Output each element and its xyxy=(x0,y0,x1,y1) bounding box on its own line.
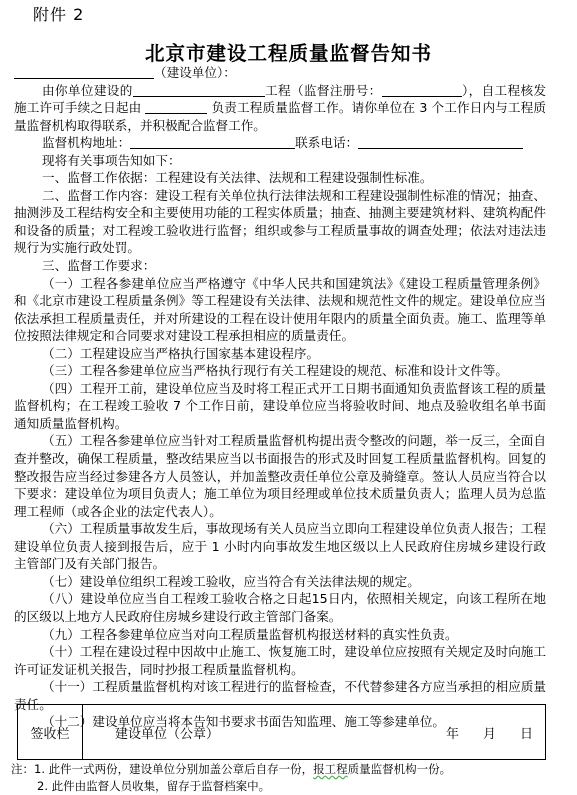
project-name-blank[interactable] xyxy=(133,83,265,97)
section-1: 一、监督工作依据：工程建设有关法律、法规和工程建设强制性标准。 xyxy=(14,169,546,187)
note-2: 2. 此件由监督人员收集，留存于监督档案中。 xyxy=(11,778,451,795)
signature-date: 年 月 日 xyxy=(446,723,533,742)
section-3: 三、监督工作要求： xyxy=(14,257,546,275)
document-title: 北京市建设工程质量监督告知书 xyxy=(0,38,577,66)
supervision-agency-blank[interactable] xyxy=(145,100,207,114)
section-2: 二、监督工作内容：建设工程有关单位执行法律法规和工程建设强制性标准的情况；抽查、… xyxy=(14,187,546,257)
attachment-label: 附件 2 xyxy=(33,2,84,25)
intro-paragraph: 由你单位建设的工程（监督注册号：），自工程核发施工许可手续之日起由 负责工程质量… xyxy=(14,82,546,135)
signature-label: 签收栏 xyxy=(18,705,83,759)
signature-table: 签收栏 建设单位（公章） 年 月 日 xyxy=(17,704,546,760)
requirement-9: （九）工程各参建单位应当对向工程质量监督机构报送材料的真实性负责。 xyxy=(14,626,546,644)
phone-blank[interactable] xyxy=(358,135,523,149)
requirement-7: （七）建设单位组织工程竣工验收，应当符合有关法律法规的规定。 xyxy=(14,573,546,591)
note-1: 注：1. 此件一式两份，建设单位分别加盖公章后自存一份，报工程质量监督机构一份。 xyxy=(11,761,451,778)
requirement-5: （五）工程各参建单位应当针对工程质量监督机构提出责令整改的问题，举一反三，全面自… xyxy=(14,432,546,520)
address-blank[interactable] xyxy=(130,135,295,149)
year-label: 年 xyxy=(446,723,459,742)
registration-number-blank[interactable] xyxy=(382,83,462,97)
lead-line: 现将有关事项告知如下： xyxy=(14,152,546,170)
addressee-line: （建设单位）： xyxy=(14,64,546,82)
spellcheck-mark: 报工程 xyxy=(313,762,348,776)
day-label: 日 xyxy=(520,723,533,742)
month-label: 月 xyxy=(483,723,496,742)
addressee-blank[interactable] xyxy=(14,65,154,79)
requirement-8: （八）建设单位应当自工程竣工验收合格之日起15日内，依照相关规定，向该工程所在地… xyxy=(14,590,546,625)
requirement-2: （二）工程建设应当严格执行国家基本建设程序。 xyxy=(14,345,546,363)
requirement-1: （一）工程各参建单位应当严格遵守《中华人民共和国建筑法》《建设工程质量管理条例》… xyxy=(14,275,546,345)
requirement-3: （三）工程各参建单位应当严格执行现行有关工程建设的规范、标准和设计文件等。 xyxy=(14,362,546,380)
requirement-10: （十）工程在建设过程中因故中止施工、恢复施工时，建设单位应按照有关规定及时向施工… xyxy=(14,643,546,678)
signature-field[interactable]: 建设单位（公章） 年 月 日 xyxy=(83,705,545,759)
notes: 注：1. 此件一式两份，建设单位分别加盖公章后自存一份，报工程质量监督机构一份。… xyxy=(11,761,451,795)
unit-seal-label: 建设单位（公章） xyxy=(115,723,219,742)
contact-line: 监督机构地址：联系电话： xyxy=(14,134,546,152)
document-body: （建设单位）： 由你单位建设的工程（监督注册号：），自工程核发施工许可手续之日起… xyxy=(14,64,546,731)
requirement-6: （六）工程质量事故发生后，事故现场有关人员应当立即向工程建设单位负责人报告；工程… xyxy=(14,520,546,573)
requirement-4: （四）工程开工前，建设单位应当及时将工程正式开工日期书面通知负责监督该工程的质量… xyxy=(14,380,546,433)
